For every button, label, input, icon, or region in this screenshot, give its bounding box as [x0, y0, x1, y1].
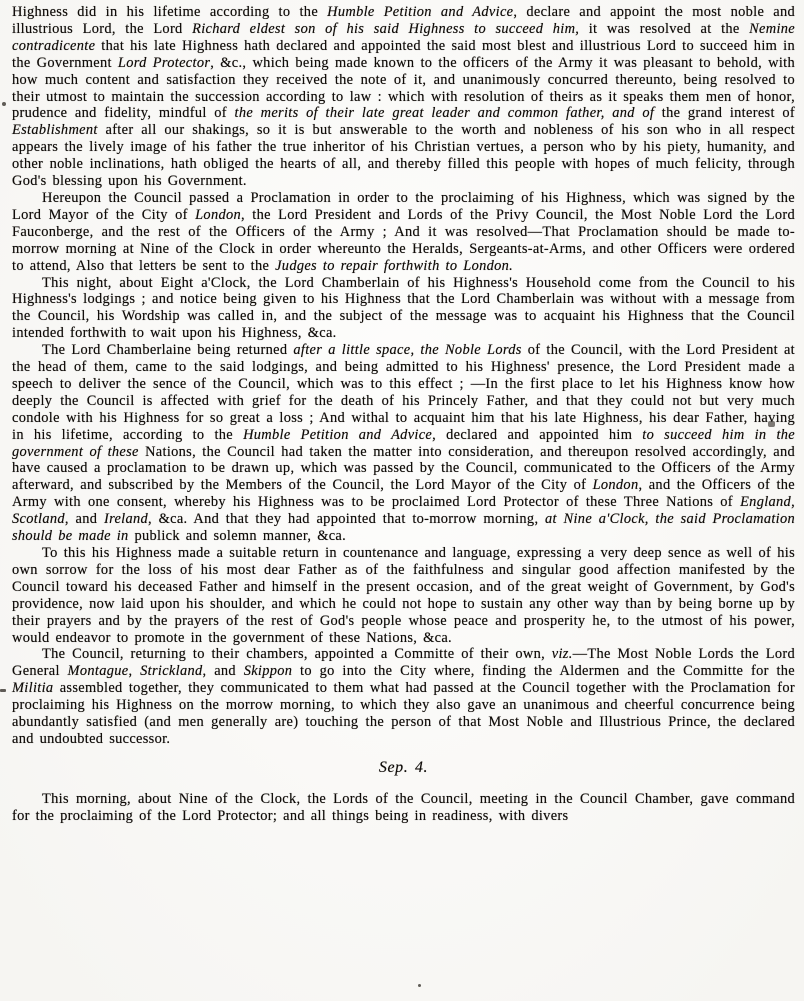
text-run: after all our shakings, so it is but ans… — [12, 122, 795, 189]
text-run: , and — [203, 663, 244, 679]
italic-text-run: England — [740, 494, 791, 510]
italic-text-run: after a little space, the Noble Lords — [293, 342, 521, 358]
text-run: Highness did in his lifetime according t… — [12, 4, 327, 20]
text-run: publick and solemn manner, &ca. — [129, 528, 346, 544]
italic-text-run: Militia — [12, 680, 53, 696]
paragraph: This morning, about Nine of the Clock, t… — [12, 791, 795, 825]
section-heading: Sep. 4. — [12, 760, 795, 777]
paragraph: Highness did in his lifetime according t… — [12, 4, 795, 190]
paragraph: The Council, returning to their chambers… — [12, 646, 795, 747]
text-run: This morning, about Nine of the Clock, t… — [12, 791, 795, 824]
italic-text-run: Skippon — [244, 663, 293, 679]
italic-text-run: Montague — [68, 663, 129, 679]
italic-text-run: viz. — [552, 646, 573, 662]
italic-text-run: Establishment — [12, 122, 98, 138]
text-run: , — [128, 663, 140, 679]
scan-artifact-dash — [0, 689, 6, 692]
italic-text-run: Scotland — [12, 511, 65, 527]
text-run: The Council, returning to their chambers… — [42, 646, 552, 662]
italic-text-run: Ireland — [104, 511, 148, 527]
text-run: the grand interest of — [654, 105, 795, 121]
scan-artifact-dot — [2, 102, 6, 106]
italic-text-run: Strickland — [140, 663, 202, 679]
text-run: , — [791, 494, 795, 510]
text-run: assembled together, they communicated to… — [12, 680, 795, 747]
scan-artifact-dot — [418, 984, 421, 987]
italic-text-run: the merits of their late great leader an… — [235, 105, 655, 121]
text-run: , and — [65, 511, 104, 527]
paragraph: This night, about Eight a'Clock, the Lor… — [12, 275, 795, 343]
italic-text-run: London — [593, 477, 639, 493]
italic-text-run: Richard eldest son of his said Highness … — [192, 21, 579, 37]
paragraph: To this his Highness made a suitable ret… — [12, 545, 795, 646]
document-body: Highness did in his lifetime according t… — [12, 4, 795, 825]
document-page: Highness did in his lifetime according t… — [0, 0, 804, 1001]
text-run: The Lord Chamberlaine being returned — [42, 342, 293, 358]
text-run: To this his Highness made a suitable ret… — [12, 545, 795, 646]
italic-text-run: Judges to repair forthwith to London. — [275, 258, 513, 274]
paragraph: The Lord Chamberlaine being returned aft… — [12, 342, 795, 545]
text-run: , declared and appointed him — [432, 427, 642, 443]
italic-text-run: London — [195, 207, 241, 223]
paragraph: Hereupon the Council passed a Proclamati… — [12, 190, 795, 275]
italic-text-run: Sep. 4. — [379, 759, 428, 776]
scan-artifact-mark — [768, 421, 775, 427]
text-run: , &ca. And that they had appointed that … — [148, 511, 545, 527]
italic-text-run: Humble Petition and Advice — [327, 4, 513, 20]
italic-text-run: Humble Petition and Advice — [243, 427, 432, 443]
text-run: to go into the City where, finding the A… — [292, 663, 795, 679]
italic-text-run: Lord Protector — [118, 55, 210, 71]
text-run: This night, about Eight a'Clock, the Lor… — [12, 275, 795, 342]
text-run: it was resolved at the — [579, 21, 749, 37]
